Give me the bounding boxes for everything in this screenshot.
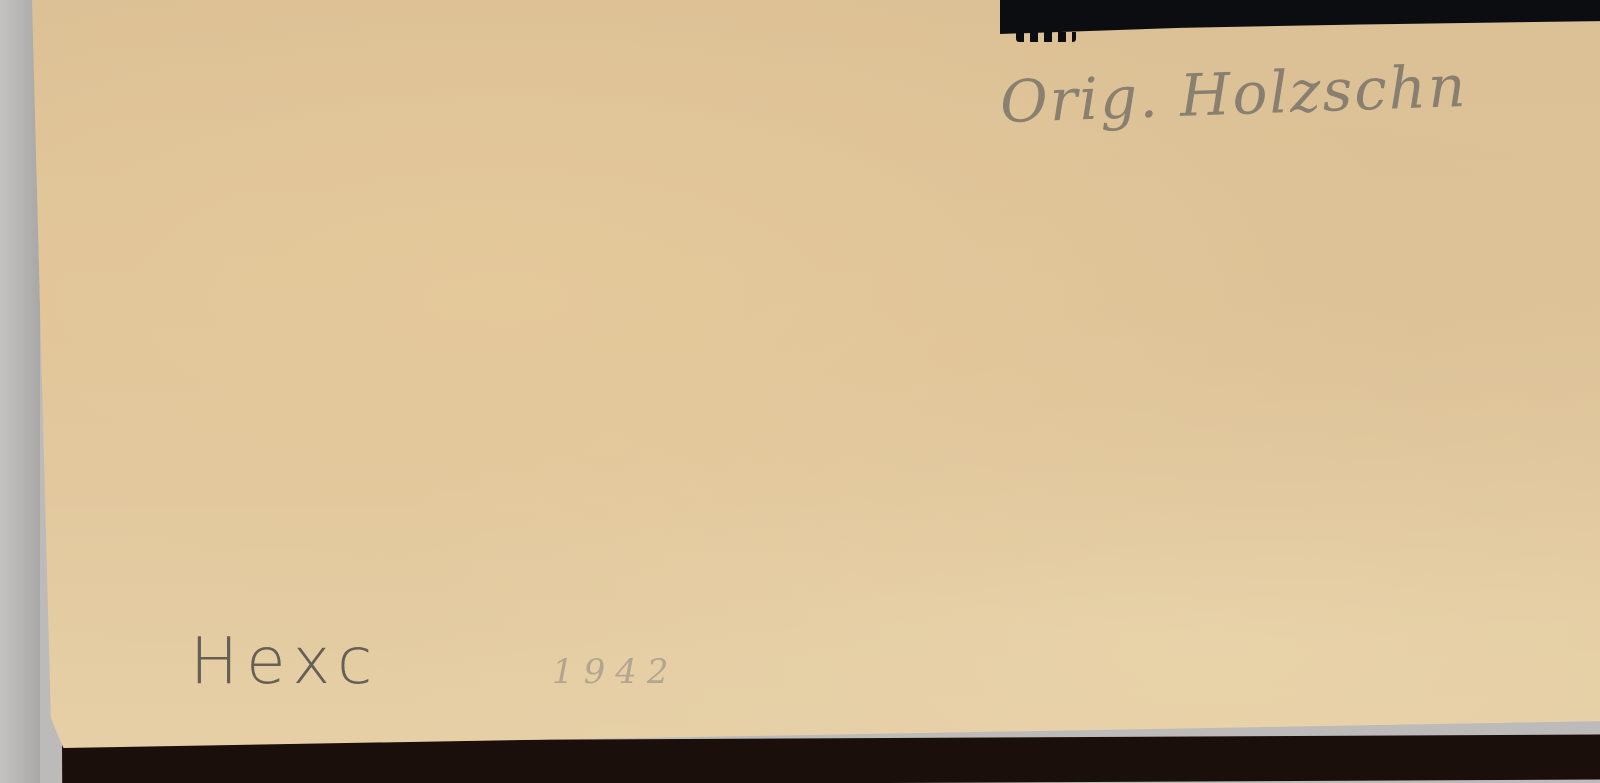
pencil-inscription-title: Hexc — [190, 625, 380, 699]
photo-scene: Orig. Holzschn Hexc 1942 — [0, 0, 1600, 783]
pencil-inscription-year: 1942 — [552, 652, 679, 692]
gray-backing-board — [0, 0, 40, 783]
woodcut-print-edge-detail — [1016, 32, 1076, 42]
